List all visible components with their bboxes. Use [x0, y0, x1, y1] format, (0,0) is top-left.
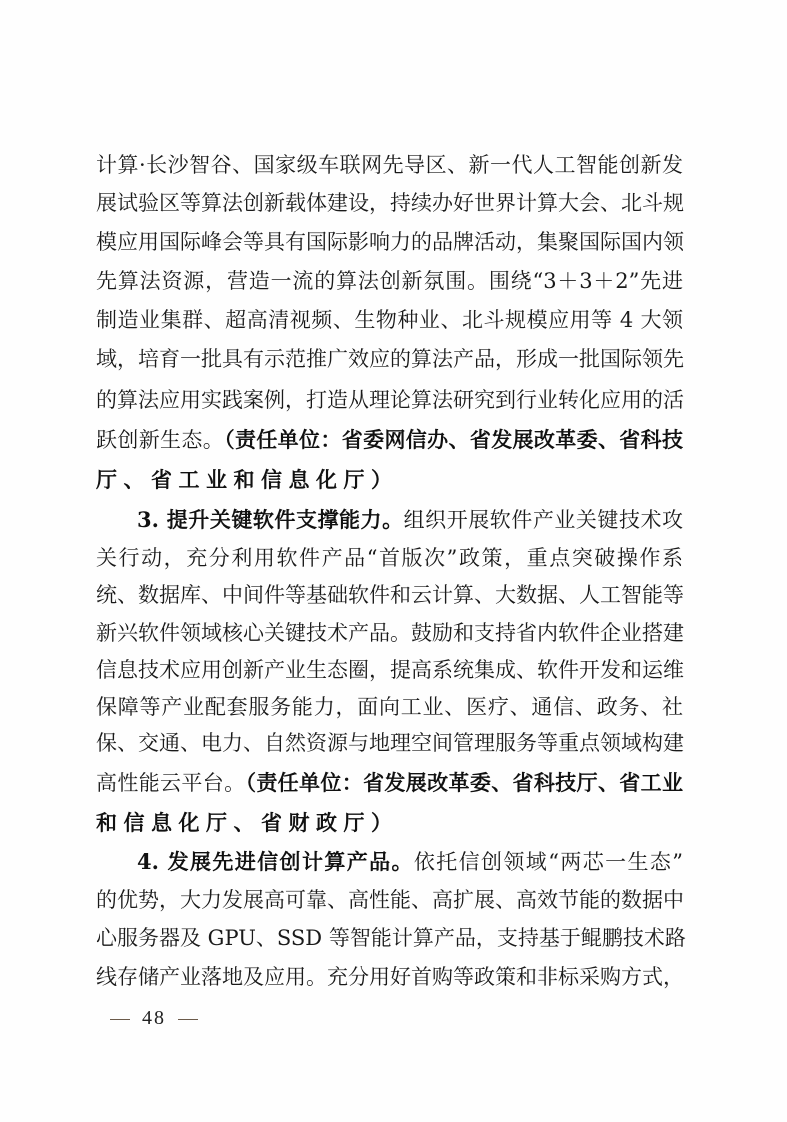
body-text-segment: 保、交通、电力、自然资源与地理空间管理服务等重点领域构建: [96, 731, 684, 755]
body-text-segment: 展试验区等算法创新载体建设，持续办好世界计算大会、北斗规: [96, 191, 684, 215]
document-page: 计算·长沙智谷、国家级车联网先导区、新一代人工智能创新发展试验区等算法创新载体建…: [0, 0, 787, 1122]
body-text-segment: 保障等产业配套服务能力，面向工业、医疗、通信、政务、社: [96, 695, 683, 719]
page-number: 48: [110, 1003, 210, 1033]
emphasis-text: （责任单位：省发展改革委、省科技厅、省工业: [245, 770, 683, 795]
body-text-segment: 关行动，充分利用软件产品“首版次”政策，重点突破操作系: [96, 546, 683, 570]
text-line: 保、交通、电力、自然资源与地理空间管理服务等重点领域构建: [96, 728, 683, 758]
body-text-segment: 组织开展软件产业关键技术攻: [404, 508, 683, 532]
body-text-segment: 先算法资源，营造一流的算法创新氛围。围绕“3＋3＋2”先进: [96, 269, 683, 293]
emphasis-text: 和信息化厅、省财政厅）: [96, 810, 399, 835]
text-line: 信息技术应用创新产业生态圈，提高系统集成、软件开发和运维: [96, 655, 683, 685]
text-line: 先算法资源，营造一流的算法创新氛围。围绕“3＋3＋2”先进: [96, 266, 683, 296]
body-text-segment: 新兴软件领域核心关键技术产品。鼓励和支持省内软件企业搭建: [96, 621, 684, 645]
text-line: 模应用国际峰会等具有国际影响力的品牌活动，集聚国际国内领: [96, 227, 683, 257]
emphasis-text: 厅、省工业和信息化厅）: [96, 467, 399, 492]
text-line: 心服务器及 GPU、SSD 等智能计算产品，支持基于鲲鹏技术路: [96, 923, 683, 953]
text-line: 的算法应用实践案例，打造从理论算法研究到行业转化应用的活: [96, 385, 683, 415]
body-text-segment: 统、数据库、中间件等基础软件和云计算、大数据、人工智能等: [96, 583, 684, 607]
body-text-segment: 依托信创领域“两芯一生态”: [414, 850, 683, 874]
text-line: 域，培育一批具有示范推广效应的算法产品，形成一批国际领先: [96, 344, 683, 374]
text-line: 厅、省工业和信息化厅）: [96, 465, 683, 495]
dash-right: [178, 1019, 198, 1021]
text-line: 和信息化厅、省财政厅）: [96, 808, 683, 838]
emphasis-text: （责任单位：省委网信办、省发展改革委、省科技: [224, 427, 683, 452]
body-text-segment: 心服务器及 GPU、SSD 等智能计算产品，支持基于鲲鹏技术路: [96, 926, 686, 950]
body-text-segment: 信息技术应用创新产业生态圈，提高系统集成、软件开发和运维: [96, 658, 684, 682]
body-text-segment: 跃创新生态。: [96, 428, 224, 452]
dash-left: [110, 1019, 130, 1021]
text-line: 计算·长沙智谷、国家级车联网先导区、新一代人工智能创新发: [96, 150, 683, 180]
text-line: 3. 提升关键软件支撑能力。组织开展软件产业关键技术攻: [137, 505, 683, 535]
page-number-value: 48: [142, 1007, 166, 1029]
text-line: 线存储产业落地及应用。充分用好首购等政策和非标采购方式，: [96, 962, 683, 992]
body-text-segment: 高性能云平台。: [96, 771, 245, 795]
text-line: 跃创新生态。（责任单位：省委网信办、省发展改革委、省科技: [96, 425, 683, 455]
body-text-segment: 线存储产业落地及应用。充分用好首购等政策和非标采购方式，: [96, 965, 684, 989]
text-line: 高性能云平台。（责任单位：省发展改革委、省科技厅、省工业: [96, 768, 683, 798]
body-text-segment: 的算法应用实践案例，打造从理论算法研究到行业转化应用的活: [96, 388, 684, 412]
text-line: 4. 发展先进信创计算产品。依托信创领域“两芯一生态”: [137, 847, 683, 877]
text-line: 保障等产业配套服务能力，面向工业、医疗、通信、政务、社: [96, 692, 683, 722]
text-line: 新兴软件领域核心关键技术产品。鼓励和支持省内软件企业搭建: [96, 618, 683, 648]
body-text-segment: 模应用国际峰会等具有国际影响力的品牌活动，集聚国际国内领: [96, 230, 684, 254]
text-line: 展试验区等算法创新载体建设，持续办好世界计算大会、北斗规: [96, 188, 683, 218]
body-text-segment: 制造业集群、超高清视频、生物种业、北斗规模应用等 4 大领: [96, 308, 683, 332]
body-text-segment: 域，培育一批具有示范推广效应的算法产品，形成一批国际领先: [96, 347, 684, 371]
emphasis-text: 3. 提升关键软件支撑能力。: [137, 507, 404, 532]
text-line: 制造业集群、超高清视频、生物种业、北斗规模应用等 4 大领: [96, 305, 683, 335]
text-line: 的优势，大力发展高可靠、高性能、高扩展、高效节能的数据中: [96, 885, 683, 915]
body-text-segment: 计算·长沙智谷、国家级车联网先导区、新一代人工智能创新发: [96, 153, 683, 177]
emphasis-text: 4. 发展先进信创计算产品。: [137, 849, 414, 874]
text-line: 关行动，充分利用软件产品“首版次”政策，重点突破操作系: [96, 543, 683, 573]
text-line: 统、数据库、中间件等基础软件和云计算、大数据、人工智能等: [96, 580, 683, 610]
body-text-segment: 的优势，大力发展高可靠、高性能、高扩展、高效节能的数据中: [96, 888, 684, 912]
